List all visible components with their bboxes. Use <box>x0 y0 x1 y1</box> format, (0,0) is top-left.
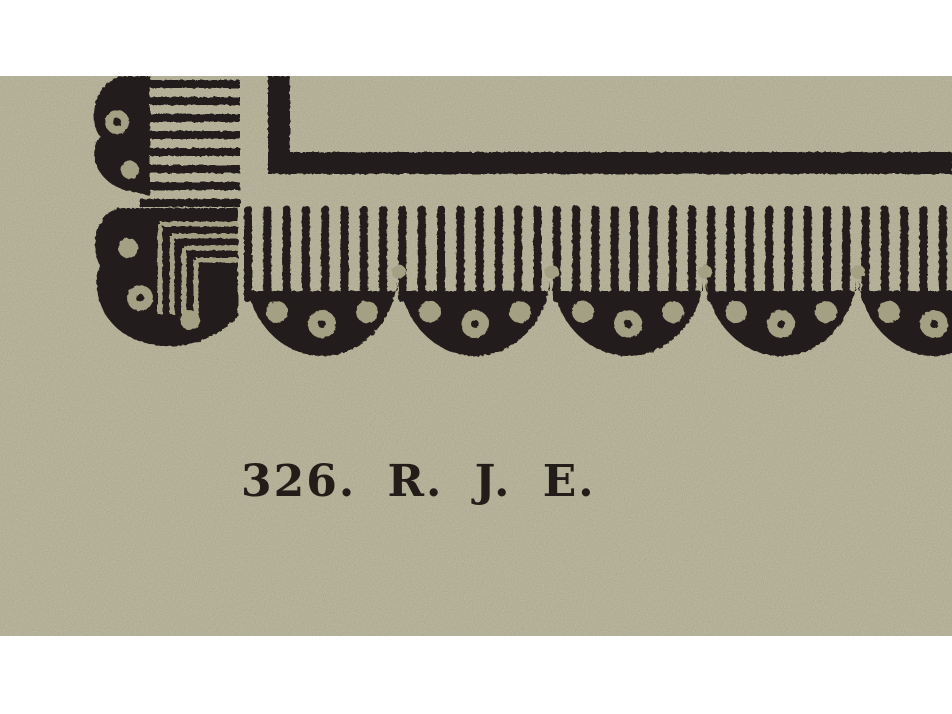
photo: 326. R. J. E. <box>0 76 952 636</box>
ornamental-border <box>0 76 952 636</box>
specimen-caption: 326. R. J. E. <box>241 456 596 507</box>
